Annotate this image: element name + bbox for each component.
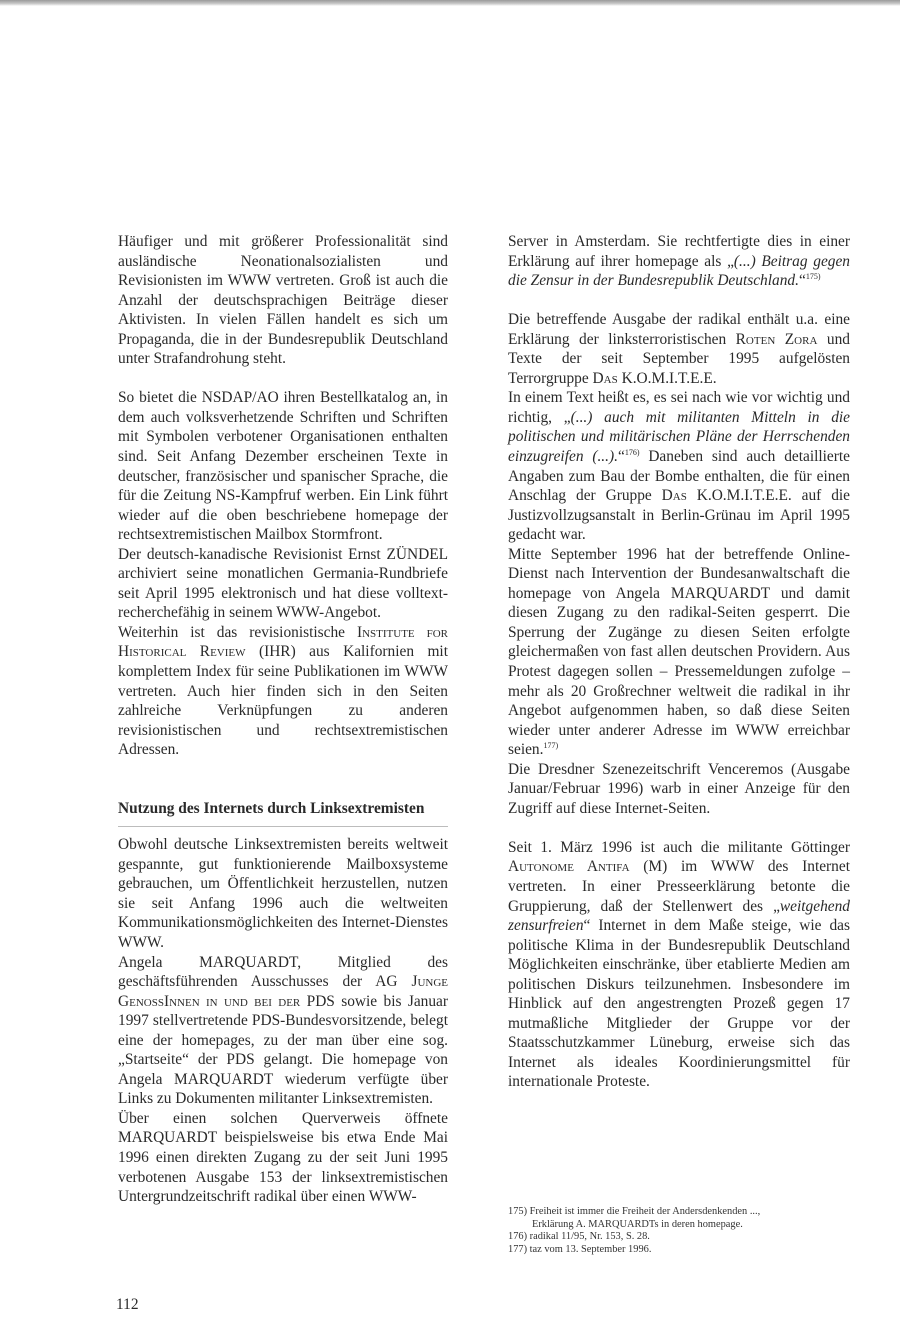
footnote-number: 177) (508, 1244, 527, 1255)
footnote-text: taz vom 13. September 1996. (530, 1244, 652, 1255)
page-number: 112 (116, 1296, 139, 1314)
paragraph: Häufiger und mit größerer Professionalit… (118, 232, 448, 369)
paragraph: So bietet die NSDAP/AO ihren Bestellkata… (118, 388, 448, 544)
scan-top-edge (0, 0, 900, 6)
footnote: 175) Freiheit ist immer die Freiheit der… (508, 1206, 850, 1219)
paragraph: Seit 1. März 1996 ist auch die militante… (508, 838, 850, 1092)
footnote-reference: 175) (806, 272, 821, 281)
paragraph: Der deutsch-kanadische Revisionist Ernst… (118, 545, 448, 623)
text: “ Internet in dem Maße steige, wie das p… (508, 917, 850, 1090)
footnote-reference: 176) (625, 448, 640, 457)
text: Mitte September 1996 hat der betreffende… (508, 546, 850, 758)
organization-name: Roten Zora (736, 331, 818, 348)
paragraph: Angela MARQUARDT, Mitglied des geschäfts… (118, 953, 448, 1109)
paragraph: Über einen solchen Querverweis öffnete M… (118, 1109, 448, 1207)
paragraph: Server in Amsterdam. Sie rechtfertigte d… (508, 232, 850, 291)
footnote: 176) radikal 11/95, Nr. 153, S. 28. (508, 1231, 850, 1244)
paragraph: In einem Text heißt es, es sei nach wie … (508, 388, 850, 544)
right-column: Server in Amsterdam. Sie rechtfertigte d… (508, 232, 850, 1092)
text: (IHR) aus Kalifornien mit komplettem Ind… (118, 643, 448, 758)
footnote: 177) taz vom 13. September 1996. (508, 1244, 850, 1257)
footnote-continuation: Erklärung A. MARQUARDTs in deren homepag… (508, 1219, 850, 1232)
left-column: Häufiger und mit größerer Professionalit… (118, 232, 448, 1207)
section-heading: Nutzung des Internets durch Linksextremi… (118, 799, 448, 828)
section-gap (118, 760, 448, 799)
text: Seit 1. März 1996 ist auch die militante… (508, 839, 850, 856)
footnote-reference: 177) (543, 741, 558, 750)
organization-name: K.O.M.I.T.E.E. (618, 370, 717, 387)
paragraph-gap (508, 818, 850, 838)
paragraph: Weiterhin ist das revisionistische Insti… (118, 623, 448, 760)
footnote-text: Freiheit ist immer die Freiheit der Ande… (530, 1206, 761, 1217)
paragraph-gap (508, 291, 850, 311)
footnote-text: radikal 11/95, Nr. 153, S. 28. (530, 1231, 650, 1242)
text: Angela MARQUARDT, Mitglied des geschäfts… (118, 954, 448, 991)
footnotes: 175) Freiheit ist immer die Freiheit der… (508, 1206, 850, 1256)
organization-name: Das (593, 370, 618, 387)
footnote-number: 175) (508, 1206, 527, 1217)
text: “ (799, 272, 806, 289)
paragraph: Obwohl deutsche Linksextremisten bereits… (118, 835, 448, 952)
text: Weiterhin ist das revisionistische (118, 624, 357, 641)
paragraph: Mitte September 1996 hat der betreffende… (508, 545, 850, 760)
paragraph-gap (118, 369, 448, 389)
footnote-number: 176) (508, 1231, 527, 1242)
organization-name: Das (662, 487, 687, 504)
organization-name: Autonome Antifa (508, 858, 630, 875)
paragraph: Die betreffende Ausgabe der radikal enth… (508, 310, 850, 388)
paragraph: Die Dresdner Szenezeitschrift Venceremos… (508, 760, 850, 819)
text: “ (618, 448, 625, 465)
